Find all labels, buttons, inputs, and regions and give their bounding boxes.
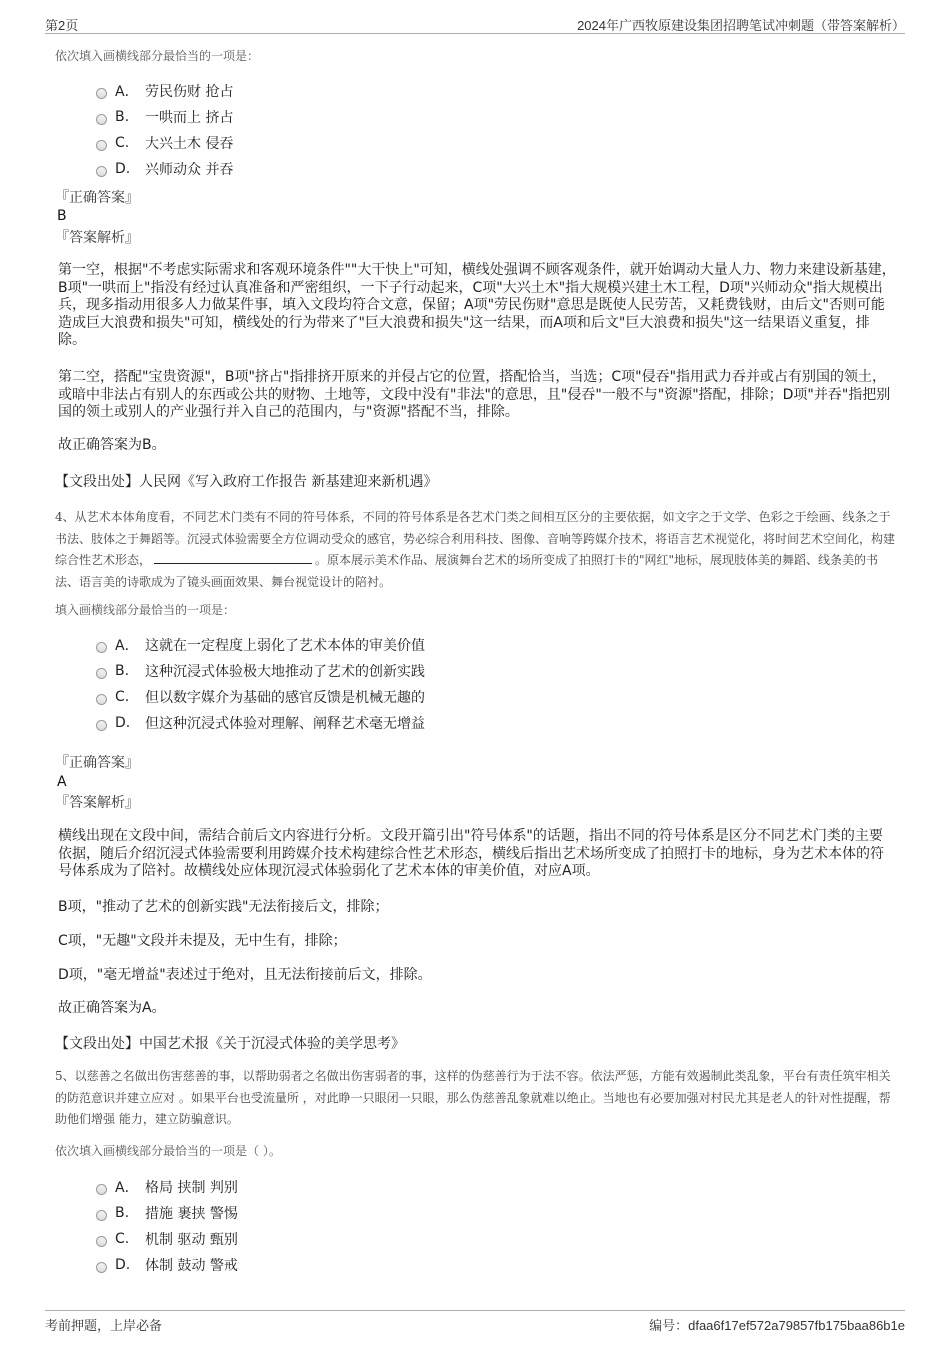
q4-analysis-label: 『答案解析』 bbox=[55, 793, 895, 813]
option-letter: B. bbox=[115, 109, 145, 125]
radio-button-icon[interactable] bbox=[96, 88, 107, 99]
q3-option-d[interactable]: D. 兴师动众 并吞 bbox=[96, 156, 233, 182]
q4-answer: A bbox=[57, 773, 897, 791]
option-letter: B. bbox=[115, 1205, 145, 1221]
radio-button-icon[interactable] bbox=[96, 668, 107, 679]
q5-option-d[interactable]: D. 体制 鼓动 警戒 bbox=[96, 1252, 238, 1278]
q3-analysis-label: 『答案解析』 bbox=[55, 228, 895, 248]
q4-analysis-paragraph: 横线出现在文段中间，需结合前后文内容进行分析。文段开篇引出"符号体系"的话题，指… bbox=[58, 828, 896, 881]
option-letter: A． bbox=[115, 635, 145, 655]
code-value: dfaa6f17ef572a79857fb175baa86b1e bbox=[688, 1318, 905, 1333]
q4-analysis-option-d: D项，"毫无增益"表述过于绝对，且无法衔接前后文，排除。 bbox=[58, 967, 898, 985]
q3-source: 【文段出处】人民网《写入政府工作报告 新基建迎来新机遇》 bbox=[55, 471, 895, 491]
page-number: 第2页 bbox=[45, 15, 78, 34]
q4-conclusion: 故正确答案为A。 bbox=[58, 1000, 898, 1018]
q4-source: 【文段出处】中国艺术报《关于沉浸式体验的美学思考》 bbox=[55, 1033, 895, 1053]
q5-stem: 5、以慈善之名做出伤害慈善的事，以帮助弱者之名做出伤害弱者的事，这样的伪慈善行为… bbox=[55, 1066, 897, 1131]
option-text: 格局 挟制 判别 bbox=[145, 1177, 238, 1197]
option-letter: B. bbox=[115, 663, 145, 679]
option-text: 这就在一定程度上弱化了艺术本体的审美价值 bbox=[145, 635, 425, 655]
q3-option-b[interactable]: B. 一哄而上 挤占 bbox=[96, 104, 233, 130]
radio-button-icon[interactable] bbox=[96, 114, 107, 125]
code-label: 编号： bbox=[649, 1318, 688, 1333]
option-letter: D. bbox=[115, 161, 145, 177]
q4-prompt: 填入画横线部分最恰当的一项是： bbox=[55, 600, 895, 621]
fill-in-blank bbox=[154, 552, 312, 564]
q4-option-b[interactable]: B. 这种沉浸式体验极大地推动了艺术的创新实践 bbox=[96, 658, 425, 684]
q5-options: A． 格局 挟制 判别 B. 措施 裹挟 警惕 C. 机制 驱动 甄别 D. 体… bbox=[96, 1174, 238, 1278]
q5-option-b[interactable]: B. 措施 裹挟 警惕 bbox=[96, 1200, 238, 1226]
q4-option-c[interactable]: C. 但以数字媒介为基础的感官反馈是机械无趣的 bbox=[96, 684, 425, 710]
q3-conclusion: 故正确答案为B。 bbox=[58, 437, 898, 455]
option-letter: D. bbox=[115, 1257, 145, 1273]
q4-analysis-option-c: C项，"无趣"文段并未提及，无中生有，排除； bbox=[58, 933, 898, 951]
radio-button-icon[interactable] bbox=[96, 642, 107, 653]
option-letter: C. bbox=[115, 1231, 145, 1247]
option-text: 兴师动众 并吞 bbox=[145, 159, 233, 179]
option-letter: A． bbox=[115, 81, 145, 101]
radio-button-icon[interactable] bbox=[96, 694, 107, 705]
radio-button-icon[interactable] bbox=[96, 166, 107, 177]
q3-prompt: 依次填入画横线部分最恰当的一项是： bbox=[55, 46, 895, 67]
q4-answer-label: 『正确答案』 bbox=[55, 753, 895, 773]
q3-analysis-paragraph: 第一空，根据"不考虑实际需求和客观环境条件""大干快上"可知，横线处强调不顾客观… bbox=[58, 262, 896, 350]
q5-option-a[interactable]: A． 格局 挟制 判别 bbox=[96, 1174, 238, 1200]
q4-option-a[interactable]: A． 这就在一定程度上弱化了艺术本体的审美价值 bbox=[96, 632, 425, 658]
document-title: 2024年广西牧原建设集团招聘笔试冲刺题（带答案解析） bbox=[577, 15, 905, 34]
option-letter: D. bbox=[115, 715, 145, 731]
option-text: 机制 驱动 甄别 bbox=[145, 1229, 238, 1249]
q5-option-c[interactable]: C. 机制 驱动 甄别 bbox=[96, 1226, 238, 1252]
option-letter: C. bbox=[115, 135, 145, 151]
q4-option-d[interactable]: D. 但这种沉浸式体验对理解、阐释艺术毫无增益 bbox=[96, 710, 425, 736]
q3-answer: B bbox=[57, 207, 897, 225]
option-text: 但这种沉浸式体验对理解、阐释艺术毫无增益 bbox=[145, 713, 425, 733]
option-text: 大兴土木 侵吞 bbox=[145, 133, 233, 153]
footer-slogan: 考前押题，上岸必备 bbox=[45, 1315, 162, 1334]
q5-prompt: 依次填入画横线部分最恰当的一项是（ ）。 bbox=[55, 1141, 895, 1162]
radio-button-icon[interactable] bbox=[96, 1184, 107, 1195]
option-text: 劳民伤财 抢占 bbox=[145, 81, 233, 101]
q4-options: A． 这就在一定程度上弱化了艺术本体的审美价值 B. 这种沉浸式体验极大地推动了… bbox=[96, 632, 425, 736]
q3-analysis-paragraph: 第二空，搭配"宝贵资源"，B项"挤占"指排挤开原来的并侵占它的位置，搭配恰当，当… bbox=[58, 369, 896, 422]
q3-option-a[interactable]: A． 劳民伤财 抢占 bbox=[96, 78, 233, 104]
q4-stem: 4、从艺术本体角度看，不同艺术门类有不同的符号体系，不同的符号体系是各艺术门类之… bbox=[55, 507, 897, 593]
option-letter: C. bbox=[115, 689, 145, 705]
option-text: 体制 鼓动 警戒 bbox=[145, 1255, 238, 1275]
q4-analysis-option-b: B项，"推动了艺术的创新实践"无法衔接后文，排除； bbox=[58, 899, 898, 917]
page-footer: 考前押题，上岸必备 编号：dfaa6f17ef572a79857fb175baa… bbox=[45, 1310, 905, 1332]
radio-button-icon[interactable] bbox=[96, 1262, 107, 1273]
page-header: 第2页 2024年广西牧原建设集团招聘笔试冲刺题（带答案解析） bbox=[45, 12, 905, 34]
q3-answer-label: 『正确答案』 bbox=[55, 188, 895, 208]
option-text: 一哄而上 挤占 bbox=[145, 107, 233, 127]
q3-option-c[interactable]: C. 大兴土木 侵吞 bbox=[96, 130, 233, 156]
q3-options: A． 劳民伤财 抢占 B. 一哄而上 挤占 C. 大兴土木 侵吞 D. 兴师动众… bbox=[96, 78, 233, 182]
radio-button-icon[interactable] bbox=[96, 1210, 107, 1221]
option-text: 这种沉浸式体验极大地推动了艺术的创新实践 bbox=[145, 661, 425, 681]
radio-button-icon[interactable] bbox=[96, 1236, 107, 1247]
option-letter: A． bbox=[115, 1177, 145, 1197]
radio-button-icon[interactable] bbox=[96, 720, 107, 731]
option-text: 但以数字媒介为基础的感官反馈是机械无趣的 bbox=[145, 687, 425, 707]
radio-button-icon[interactable] bbox=[96, 140, 107, 151]
option-text: 措施 裹挟 警惕 bbox=[145, 1203, 238, 1223]
document-code: 编号：dfaa6f17ef572a79857fb175baa86b1e bbox=[649, 1315, 905, 1334]
